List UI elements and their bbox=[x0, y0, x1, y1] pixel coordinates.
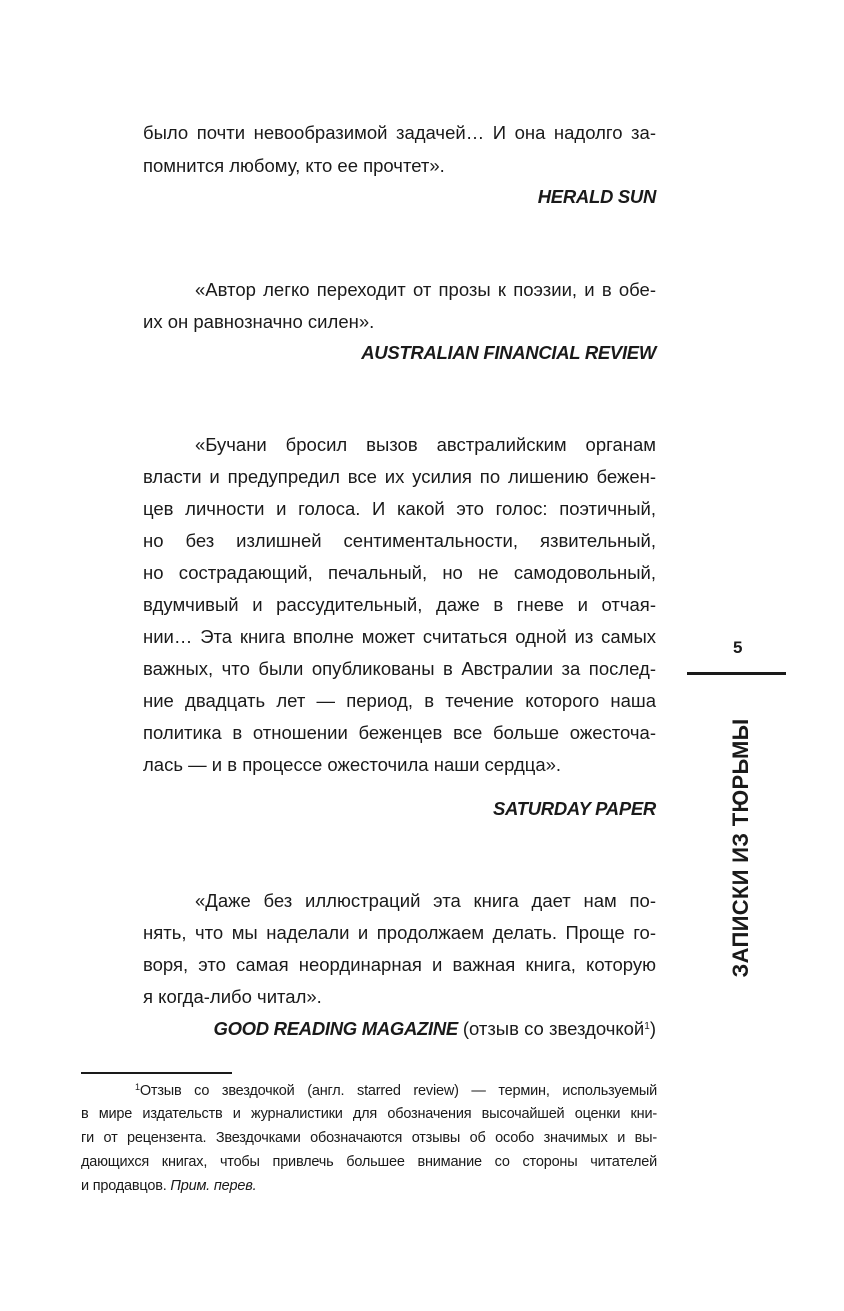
review-source: HERALD SUN bbox=[538, 186, 656, 208]
running-title: ЗАПИСКИ ИЗ ТЮРЬМЫ bbox=[728, 719, 754, 978]
review-source: SATURDAY PAPER bbox=[493, 798, 656, 820]
review-line: ние двадцать лет — период, в течение кот… bbox=[143, 692, 656, 711]
review-line: власти и предупредил все их усилия по ли… bbox=[143, 468, 656, 487]
review-line: их он равнозначно силен». bbox=[143, 313, 656, 332]
book-page: было почти невообразимой задачей… И она … bbox=[0, 0, 844, 1311]
footnote-line: и продавцов. Прим. перев. bbox=[81, 1179, 657, 1194]
review-line: лась — и в процессе ожесточила наши серд… bbox=[143, 756, 656, 775]
review-line: политика в отношении беженцев все больше… bbox=[143, 724, 656, 743]
source-name: GOOD READING MAGAZINE bbox=[213, 1018, 457, 1039]
review-line: вдумчивый и рассудительный, даже в гневе… bbox=[143, 596, 656, 615]
review-line: «Бучани бросил вызов австралийским орган… bbox=[143, 436, 656, 455]
review-line: «Даже без иллюстраций эта книга дает нам… bbox=[143, 892, 656, 911]
review-line: цев личности и голоса. И какой это голос… bbox=[143, 500, 656, 519]
footnote-line: дающихся книгах, чтобы привлечь большее … bbox=[81, 1155, 657, 1170]
review-line: но без излишней сентиментальности, язвит… bbox=[143, 532, 656, 551]
review-source: AUSTRALIAN FINANCIAL REVIEW bbox=[361, 342, 656, 364]
review-source: GOOD READING MAGAZINE (отзыв со звездочк… bbox=[213, 1018, 656, 1040]
review-line: помнится любому, кто ее прочтет». bbox=[143, 157, 656, 176]
review-line: «Автор легко переходит от прозы к поэзии… bbox=[143, 281, 656, 300]
review-line: я когда-либо читал». bbox=[143, 988, 656, 1007]
translator-note: Прим. перев. bbox=[170, 1178, 256, 1194]
page-number-rule bbox=[687, 672, 786, 675]
review-line: воря, это самая неординарная и важная кн… bbox=[143, 956, 656, 975]
page-number: 5 bbox=[733, 638, 742, 658]
footnote-line: ги от рецензента. Звездочками обозначают… bbox=[81, 1131, 657, 1146]
review-line: нии… Эта книга вполне может считаться од… bbox=[143, 628, 656, 647]
review-line: было почти невообразимой задачей… И она … bbox=[143, 124, 656, 143]
review-line: но сострадающий, печальный, но не самодо… bbox=[143, 564, 656, 583]
review-line: важных, что были опубликованы в Австрали… bbox=[143, 660, 656, 679]
footnote-line: в мире издательств и журналистики для об… bbox=[81, 1107, 657, 1122]
review-line: нять, что мы наделали и продолжаем делат… bbox=[143, 924, 656, 943]
footnote-line: 1Отзыв со звездочкой (англ. starred revi… bbox=[81, 1083, 657, 1099]
source-note: (отзыв со звездочкой1) bbox=[463, 1018, 656, 1039]
footnote-divider bbox=[81, 1072, 232, 1074]
